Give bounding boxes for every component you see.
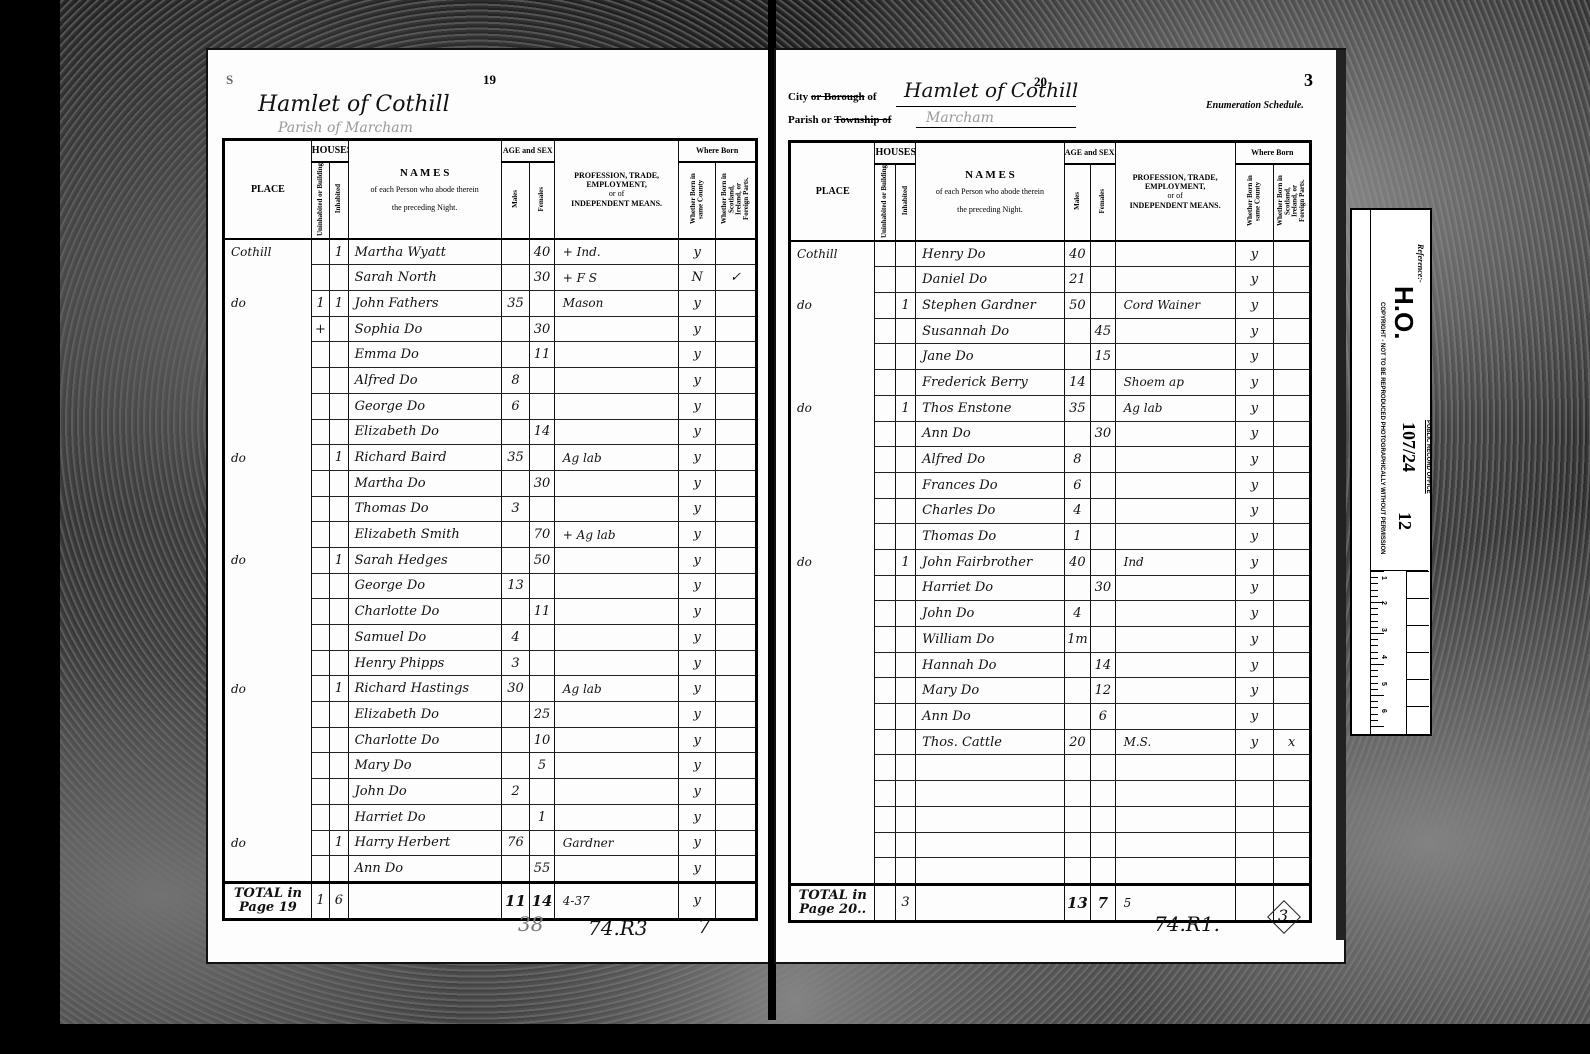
profession-cell: Ag lab bbox=[554, 676, 679, 702]
male-age-cell bbox=[1064, 755, 1090, 781]
male-age-cell: 8 bbox=[1064, 447, 1090, 473]
uninhabited-cell bbox=[311, 393, 329, 419]
ruler-tick bbox=[1370, 645, 1378, 646]
name-cell: John Fairbrother bbox=[916, 549, 1065, 575]
born-same-county-cell: y bbox=[679, 239, 716, 265]
uninhabited-cell bbox=[311, 445, 329, 471]
born-same-county-cell: y bbox=[679, 522, 716, 548]
place-cell bbox=[224, 522, 312, 548]
male-age-cell: 50 bbox=[1064, 293, 1090, 319]
male-age-cell bbox=[1064, 344, 1090, 370]
born-foreign-cell bbox=[1274, 549, 1311, 575]
ruler-tick bbox=[1370, 621, 1378, 622]
uninhabited-cell bbox=[311, 856, 329, 883]
uninhabited-cell bbox=[875, 627, 895, 653]
uninhabited-cell bbox=[311, 496, 329, 522]
female-age-cell bbox=[1091, 241, 1115, 267]
female-age-cell: 1 bbox=[530, 804, 555, 830]
place-cell bbox=[790, 267, 875, 293]
born-same-county-cell: y bbox=[679, 393, 716, 419]
profession-cell bbox=[554, 342, 679, 368]
inhabited-cell bbox=[895, 447, 915, 473]
born-foreign-cell: ✓ bbox=[716, 265, 757, 291]
place-cell bbox=[790, 729, 875, 755]
born-foreign-cell bbox=[716, 573, 757, 599]
total-profession: 4-37 bbox=[554, 882, 679, 919]
born-same-county-cell bbox=[1235, 806, 1274, 832]
uninhabited-cell bbox=[875, 858, 895, 885]
parish-handwritten: Parish of Marcham bbox=[278, 120, 413, 136]
uninhabited-cell bbox=[875, 524, 895, 550]
profession-cell bbox=[554, 316, 679, 342]
place-cell bbox=[790, 781, 875, 807]
born-same-county-cell: y bbox=[1235, 524, 1274, 550]
female-age-cell bbox=[530, 393, 555, 419]
profession-cell bbox=[554, 573, 679, 599]
born-same-county-cell: y bbox=[679, 650, 716, 676]
born-same-county-cell: y bbox=[679, 804, 716, 830]
male-age-cell: 6 bbox=[1064, 472, 1090, 498]
female-age-cell bbox=[1091, 781, 1115, 807]
profession-cell bbox=[1115, 267, 1235, 293]
table-row: Elizabeth Do14y bbox=[224, 419, 757, 445]
inhabited-cell: 1 bbox=[330, 291, 348, 317]
female-age-cell: 40 bbox=[530, 239, 555, 265]
female-age-cell: 45 bbox=[1091, 318, 1115, 344]
name-cell: John Do bbox=[348, 779, 501, 805]
name-cell: Elizabeth Do bbox=[348, 419, 501, 445]
born-same-county-cell: y bbox=[679, 291, 716, 317]
profession-cell bbox=[1115, 241, 1235, 267]
city-underline bbox=[896, 106, 1076, 107]
female-age-cell: 30 bbox=[530, 265, 555, 291]
inhabited-cell bbox=[895, 806, 915, 832]
uninhabited-cell bbox=[875, 241, 895, 267]
female-age-cell bbox=[1091, 370, 1115, 396]
right-page: 20 3 City or Borough of Hamlet of Cothil… bbox=[776, 50, 1344, 962]
table-row: +Sophia Do30y bbox=[224, 316, 757, 342]
name-cell: Henry Do bbox=[916, 241, 1065, 267]
inhabited-cell bbox=[895, 781, 915, 807]
inhabited-cell bbox=[895, 858, 915, 885]
profession-cell bbox=[554, 470, 679, 496]
name-cell: Frederick Berry bbox=[916, 370, 1065, 396]
name-cell: Henry Phipps bbox=[348, 650, 501, 676]
born-same-county-cell: y bbox=[1235, 472, 1274, 498]
table-row: do1Harry Herbert76Gardnery bbox=[224, 830, 757, 856]
profession-cell bbox=[1115, 498, 1235, 524]
profession-cell bbox=[554, 650, 679, 676]
inhabited-cell bbox=[895, 472, 915, 498]
uninhabited-cell bbox=[311, 702, 329, 728]
place-cell bbox=[790, 806, 875, 832]
header-inhabited: Inhabited bbox=[330, 162, 348, 239]
header-place: PLACE bbox=[224, 140, 312, 239]
place-cell: do bbox=[224, 547, 312, 573]
header-place: PLACE bbox=[790, 142, 875, 241]
female-age-cell: 25 bbox=[530, 702, 555, 728]
inhabited-cell bbox=[895, 267, 915, 293]
copyright-notice: COPYRIGHT - NOT TO BE REPRODUCED PHOTOGR… bbox=[1379, 302, 1385, 554]
born-foreign-cell bbox=[1274, 575, 1311, 601]
uninhabited-cell bbox=[875, 652, 895, 678]
profession-cell bbox=[1115, 524, 1235, 550]
born-foreign-cell bbox=[716, 419, 757, 445]
born-foreign-cell bbox=[1274, 370, 1311, 396]
male-age-cell bbox=[501, 856, 530, 883]
uninhabited-cell bbox=[875, 498, 895, 524]
ruler-tick bbox=[1370, 707, 1378, 708]
corner-mark: S bbox=[226, 72, 233, 88]
table-row: Ann Do6y bbox=[790, 704, 1311, 730]
born-foreign-cell bbox=[1274, 318, 1311, 344]
born-same-county-cell: y bbox=[1235, 421, 1274, 447]
born-foreign-cell bbox=[716, 445, 757, 471]
uninhabited-cell bbox=[875, 267, 895, 293]
born-foreign-cell bbox=[716, 727, 757, 753]
profession-cell bbox=[554, 419, 679, 445]
header-names: N A M E S of each Person who abode there… bbox=[348, 140, 501, 239]
total-females: 7 bbox=[1091, 884, 1115, 921]
profession-cell bbox=[554, 496, 679, 522]
table-row: Ann Do55y bbox=[224, 856, 757, 883]
born-foreign-cell bbox=[1274, 858, 1311, 885]
uninhabited-cell bbox=[311, 547, 329, 573]
profession-cell bbox=[1115, 806, 1235, 832]
born-same-county-cell: y bbox=[1235, 575, 1274, 601]
table-row: Alfred Do8y bbox=[224, 368, 757, 394]
inhabited-cell bbox=[895, 370, 915, 396]
ruler-tick bbox=[1370, 639, 1378, 640]
name-cell: John Do bbox=[916, 601, 1065, 627]
uninhabited-cell bbox=[311, 239, 329, 265]
table-row: Daniel Do21y bbox=[790, 267, 1311, 293]
place-cell bbox=[224, 753, 312, 779]
header-inhabited: Inhabited bbox=[895, 164, 915, 241]
born-foreign-cell bbox=[1274, 755, 1311, 781]
header-born-same-county: Whether Born in same County bbox=[679, 162, 716, 239]
born-same-county-cell: y bbox=[679, 727, 716, 753]
header-houses: HOUSES bbox=[875, 142, 916, 164]
ruler-tick bbox=[1370, 670, 1378, 671]
table-row: Martha Do30y bbox=[224, 470, 757, 496]
ruler-mark-label: 2 bbox=[1380, 601, 1387, 605]
female-age-cell: 30 bbox=[1091, 421, 1115, 447]
inhabited-cell bbox=[895, 755, 915, 781]
female-age-cell bbox=[530, 625, 555, 651]
place-cell bbox=[790, 601, 875, 627]
female-age-cell bbox=[530, 291, 555, 317]
female-age-cell bbox=[1091, 293, 1115, 319]
table-row: Charlotte Do11y bbox=[224, 599, 757, 625]
inhabited-cell bbox=[895, 832, 915, 858]
parish-value: Marcham bbox=[926, 110, 994, 126]
ruler-tick bbox=[1370, 714, 1378, 715]
name-cell: Harry Herbert bbox=[348, 830, 501, 856]
header-uninhabited: Uninhabited or Building bbox=[875, 164, 895, 241]
enumeration-schedule-label: Enumeration Schedule. bbox=[1206, 100, 1304, 111]
male-age-cell: 4 bbox=[1064, 601, 1090, 627]
female-age-cell bbox=[530, 573, 555, 599]
name-cell: Martha Wyatt bbox=[348, 239, 501, 265]
ruler-tick bbox=[1370, 633, 1384, 634]
profession-cell: Ind bbox=[1115, 549, 1235, 575]
born-same-county-cell: y bbox=[679, 496, 716, 522]
table-row: Thomas Do1y bbox=[790, 524, 1311, 550]
name-cell: John Fathers bbox=[348, 291, 501, 317]
name-cell bbox=[916, 832, 1065, 858]
born-foreign-cell bbox=[716, 830, 757, 856]
place-cell bbox=[224, 342, 312, 368]
header-born-same-county: Whether Born in same County bbox=[1235, 164, 1274, 241]
born-foreign-cell bbox=[1274, 704, 1311, 730]
scan-edge-bottom bbox=[0, 1024, 1590, 1054]
uninhabited-cell bbox=[311, 419, 329, 445]
born-same-county-cell: y bbox=[679, 856, 716, 883]
place-cell bbox=[224, 727, 312, 753]
table-row: George Do6y bbox=[224, 393, 757, 419]
male-age-cell bbox=[1064, 704, 1090, 730]
reference-label: Reference:- bbox=[1416, 244, 1425, 283]
ruler-tick bbox=[1370, 726, 1384, 727]
uninhabited-cell bbox=[875, 447, 895, 473]
place-cell: do bbox=[790, 395, 875, 421]
born-same-county-cell: y bbox=[679, 419, 716, 445]
born-same-county-cell bbox=[1235, 858, 1274, 885]
place-cell: do bbox=[790, 293, 875, 319]
born-same-county-cell: y bbox=[679, 316, 716, 342]
inhabited-cell bbox=[330, 522, 348, 548]
female-age-cell bbox=[1091, 832, 1115, 858]
place-cell bbox=[224, 470, 312, 496]
born-foreign-cell bbox=[716, 239, 757, 265]
place-cell bbox=[790, 421, 875, 447]
table-row: Charlotte Do10y bbox=[224, 727, 757, 753]
ruler-cell: 6 bbox=[1406, 706, 1429, 734]
place-cell bbox=[224, 368, 312, 394]
name-cell: Elizabeth Do bbox=[348, 702, 501, 728]
total-label: TOTAL inPage 20.. bbox=[790, 884, 875, 921]
name-cell: Alfred Do bbox=[348, 368, 501, 394]
inhabited-cell bbox=[895, 241, 915, 267]
header-age-sex: AGE and SEX bbox=[1064, 142, 1115, 164]
born-same-county-cell: y bbox=[1235, 370, 1274, 396]
profession-cell bbox=[554, 547, 679, 573]
place-cell: do bbox=[224, 830, 312, 856]
ruler-cell: 5 bbox=[1406, 679, 1429, 707]
inhabited-cell bbox=[895, 318, 915, 344]
born-foreign-cell bbox=[716, 291, 757, 317]
female-age-cell bbox=[1091, 549, 1115, 575]
female-age-cell: 5 bbox=[530, 753, 555, 779]
male-age-cell: 14 bbox=[1064, 370, 1090, 396]
profession-cell bbox=[554, 779, 679, 805]
female-age-cell bbox=[1091, 627, 1115, 653]
name-cell bbox=[916, 755, 1065, 781]
male-age-cell: 13 bbox=[501, 573, 530, 599]
name-cell: Harriet Do bbox=[348, 804, 501, 830]
born-same-county-cell: y bbox=[679, 342, 716, 368]
born-same-county-cell: N bbox=[679, 265, 716, 291]
place-cell bbox=[224, 650, 312, 676]
male-age-cell: 6 bbox=[501, 393, 530, 419]
born-same-county-cell: y bbox=[1235, 293, 1274, 319]
name-cell: Thomas Do bbox=[916, 524, 1065, 550]
total-label: TOTAL inPage 19 bbox=[224, 882, 312, 919]
table-row: Mary Do5y bbox=[224, 753, 757, 779]
born-same-county-cell: y bbox=[1235, 241, 1274, 267]
male-age-cell bbox=[501, 239, 530, 265]
profession-cell bbox=[1115, 344, 1235, 370]
parish-label: Parish or Township of bbox=[788, 114, 891, 126]
inhabited-cell bbox=[330, 727, 348, 753]
born-same-county-cell bbox=[1235, 755, 1274, 781]
profession-cell: + Ind. bbox=[554, 239, 679, 265]
parish-underline bbox=[916, 127, 1076, 128]
inhabited-cell bbox=[895, 678, 915, 704]
uninhabited-cell bbox=[311, 625, 329, 651]
name-cell: Martha Do bbox=[348, 470, 501, 496]
name-cell: Susannah Do bbox=[916, 318, 1065, 344]
male-age-cell bbox=[501, 804, 530, 830]
name-cell: Thos Enstone bbox=[916, 395, 1065, 421]
female-age-cell bbox=[1091, 601, 1115, 627]
uninhabited-cell bbox=[311, 830, 329, 856]
profession-cell bbox=[1115, 858, 1235, 885]
profession-cell bbox=[1115, 755, 1235, 781]
male-age-cell: 4 bbox=[1064, 498, 1090, 524]
page-edge-right bbox=[1336, 50, 1346, 940]
name-cell: William Do bbox=[916, 627, 1065, 653]
uninhabited-cell: + bbox=[311, 316, 329, 342]
uninhabited-cell bbox=[875, 806, 895, 832]
uninhabited-cell bbox=[875, 318, 895, 344]
female-age-cell bbox=[530, 445, 555, 471]
inhabited-cell bbox=[330, 856, 348, 883]
profession-cell bbox=[1115, 832, 1235, 858]
profession-cell: Ag lab bbox=[554, 445, 679, 471]
place-cell bbox=[790, 627, 875, 653]
place-cell bbox=[790, 344, 875, 370]
born-same-county-cell: y bbox=[679, 676, 716, 702]
born-foreign-cell bbox=[716, 804, 757, 830]
footer-note-2: 74.R3 bbox=[588, 916, 648, 940]
place-cell bbox=[224, 393, 312, 419]
ruler-tick bbox=[1370, 590, 1378, 591]
ruler-tick bbox=[1370, 701, 1378, 702]
ruler-tick bbox=[1370, 683, 1378, 684]
table-row: Ann Do30y bbox=[790, 421, 1311, 447]
born-same-county-cell: y bbox=[679, 445, 716, 471]
inhabited-cell bbox=[330, 753, 348, 779]
uninhabited-cell bbox=[311, 676, 329, 702]
inhabited-cell: 1 bbox=[895, 395, 915, 421]
table-row: Susannah Do45y bbox=[790, 318, 1311, 344]
name-cell: Frances Do bbox=[916, 472, 1065, 498]
male-age-cell: 3 bbox=[501, 650, 530, 676]
inhabited-cell: 1 bbox=[330, 239, 348, 265]
ruler-cell: 1 bbox=[1406, 571, 1429, 599]
ruler-tick bbox=[1370, 571, 1384, 572]
inhabited-cell: 1 bbox=[895, 549, 915, 575]
male-age-cell: 35 bbox=[501, 291, 530, 317]
place-cell bbox=[790, 652, 875, 678]
ruler-tick bbox=[1370, 658, 1378, 659]
header-born-foreign: Whether Born in Scotland, Ireland, or Fo… bbox=[1274, 164, 1311, 241]
born-foreign-cell bbox=[716, 393, 757, 419]
ruler-tick bbox=[1370, 689, 1378, 690]
male-age-cell bbox=[1064, 832, 1090, 858]
female-age-cell bbox=[1091, 472, 1115, 498]
uninhabited-cell bbox=[875, 704, 895, 730]
born-foreign-cell bbox=[716, 599, 757, 625]
ruler-tick bbox=[1370, 627, 1378, 628]
born-same-county-cell: y bbox=[679, 573, 716, 599]
uninhabited-cell bbox=[875, 549, 895, 575]
name-cell: Thos. Cattle bbox=[916, 729, 1065, 755]
female-age-cell: 30 bbox=[530, 470, 555, 496]
uninhabited-cell: 1 bbox=[311, 291, 329, 317]
female-age-cell: 6 bbox=[1091, 704, 1115, 730]
profession-cell bbox=[1115, 447, 1235, 473]
uninhabited-cell bbox=[311, 368, 329, 394]
left-page: S 19 Hamlet of Cothill Parish of Marcham… bbox=[208, 50, 768, 962]
name-cell: George Do bbox=[348, 573, 501, 599]
name-cell: Sarah North bbox=[348, 265, 501, 291]
table-row: John Do4y bbox=[790, 601, 1311, 627]
profession-cell bbox=[1115, 781, 1235, 807]
male-age-cell: 20 bbox=[1064, 729, 1090, 755]
born-same-county-cell: y bbox=[679, 368, 716, 394]
inhabited-cell bbox=[330, 573, 348, 599]
born-foreign-cell bbox=[1274, 832, 1311, 858]
name-cell: Stephen Gardner bbox=[916, 293, 1065, 319]
female-age-cell bbox=[530, 830, 555, 856]
header-females: Females bbox=[1091, 164, 1115, 241]
ruler-cell: 3 bbox=[1406, 625, 1429, 653]
male-age-cell bbox=[1064, 652, 1090, 678]
name-cell: Daniel Do bbox=[916, 267, 1065, 293]
table-row: William Do1my bbox=[790, 627, 1311, 653]
department-code: H.O. bbox=[1388, 286, 1419, 339]
uninhabited-cell bbox=[875, 395, 895, 421]
ruler-cell: 4 bbox=[1406, 652, 1429, 680]
female-age-cell bbox=[1091, 498, 1115, 524]
place-cell bbox=[224, 316, 312, 342]
table-row: Samuel Do4y bbox=[224, 625, 757, 651]
born-same-county-cell: y bbox=[679, 547, 716, 573]
table-row: do1Richard Baird35Ag laby bbox=[224, 445, 757, 471]
name-cell: Jane Do bbox=[916, 344, 1065, 370]
born-foreign-cell bbox=[1274, 524, 1311, 550]
male-age-cell bbox=[501, 342, 530, 368]
place-cell bbox=[790, 524, 875, 550]
place-cell bbox=[224, 573, 312, 599]
male-age-cell: 2 bbox=[501, 779, 530, 805]
male-age-cell bbox=[501, 470, 530, 496]
table-row bbox=[790, 755, 1311, 781]
footer-note-3: 7 bbox=[698, 914, 711, 938]
place-cell bbox=[790, 472, 875, 498]
header-profession: PROFESSION, TRADE, EMPLOYMENT, or of IND… bbox=[1115, 142, 1235, 241]
inhabited-cell: 1 bbox=[330, 676, 348, 702]
ruler-tick bbox=[1370, 583, 1378, 584]
female-age-cell: 15 bbox=[1091, 344, 1115, 370]
female-age-cell bbox=[1091, 395, 1115, 421]
profession-cell bbox=[1115, 575, 1235, 601]
place-cell bbox=[790, 678, 875, 704]
female-age-cell: 55 bbox=[530, 856, 555, 883]
